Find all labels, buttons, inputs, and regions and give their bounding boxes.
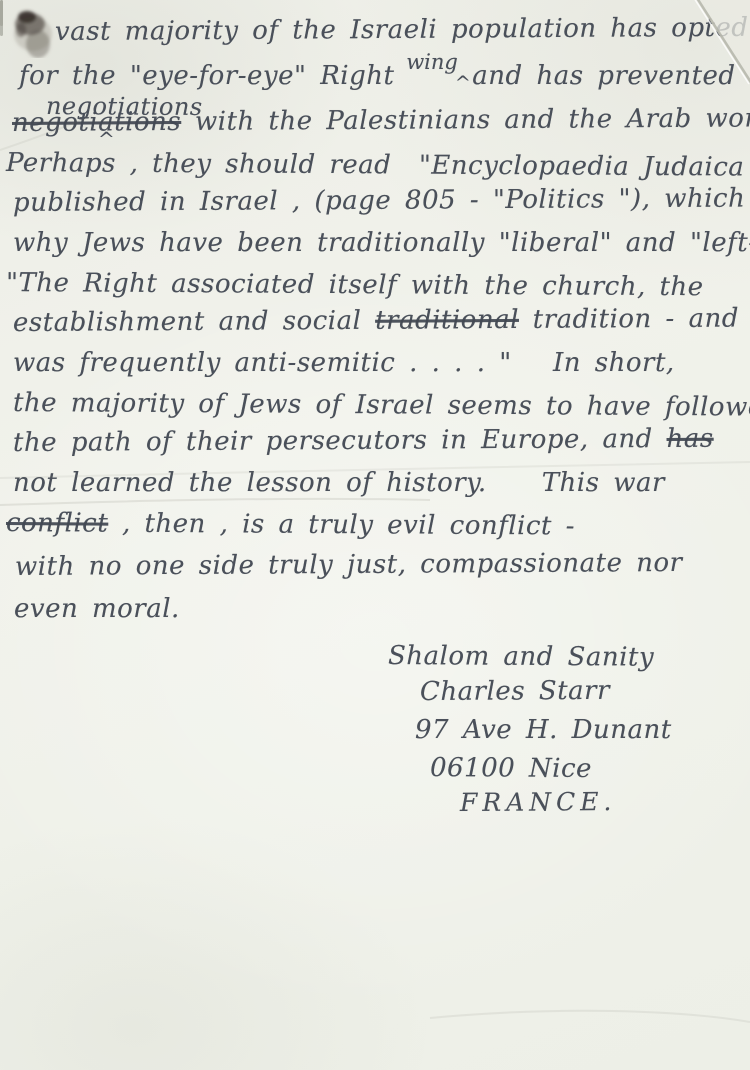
letter-segment: tradition - and [519, 304, 739, 335]
letter-segment: FRANCE. [460, 787, 617, 817]
letter-line-18: Shalom and Sanity [388, 640, 654, 674]
letter-segment: for the "eye-for-eye" Right [19, 61, 408, 91]
letter-segment: Shalom and Sanity [388, 641, 654, 673]
letter-segment: published in Israel , (page 805 - "Polit… [13, 183, 750, 218]
letter-segment: why Jews have been traditionally "libera… [13, 228, 750, 258]
letter-line-20: 97 Ave H. Dunant [415, 714, 672, 747]
letter-segment-strike: negotiations [12, 107, 181, 138]
letter-segment: even moral. [14, 594, 180, 624]
letter-segment: with the Palestinians and the Arab world… [181, 103, 750, 137]
letter-line-8: why Jews have been traditionally "libera… [13, 227, 750, 260]
letter-segment-strike: has [666, 424, 713, 454]
letter-line-11: was frequently anti-semitic . . . . " In… [13, 347, 675, 380]
letter-segment: "The Right associated itself with the ch… [6, 268, 704, 302]
scanned-letter-page: { "page": { "type": "handwritten-letter-… [0, 0, 750, 1070]
letter-segment-above: wing [406, 49, 458, 75]
letter-line-9: "The Right associated itself with the ch… [6, 267, 704, 304]
letter-line-12: the majority of Jews of Israel seems to … [13, 387, 750, 424]
letter-line-16: with no one side truly just, compassiona… [15, 547, 683, 584]
letter-line-21: 06100 Nice [430, 752, 592, 785]
letter-line-17: even moral. [14, 593, 180, 626]
letter-line-13: the path of their persecutors in Europe,… [13, 423, 714, 460]
letter-line-1: vast majority of the Israeli population … [55, 12, 749, 49]
letter-line-4: negotiations with the Palestinians and t… [12, 102, 750, 139]
letter-line-2: for the "eye-for-eye" Right wing^and has… [19, 60, 736, 93]
letter-segment: 06100 Nice [430, 753, 592, 784]
letter-segment-strike: traditional [375, 305, 519, 336]
letter-segment: 97 Ave H. Dunant [415, 715, 672, 745]
letter-line-22: FRANCE. [460, 786, 617, 818]
letter-segment: , then , is a truly evil conflict - [108, 509, 575, 542]
letter-segment: establishment and social [13, 306, 375, 338]
letter-segment-caret: ^ [455, 72, 471, 96]
letter-segment: the path of their persecutors in Europe,… [13, 424, 667, 458]
letter-segment: Perhaps , they should read "Encyclopaedi… [6, 148, 750, 183]
letter-segment: Charles Starr [420, 676, 610, 707]
letter-line-6: Perhaps , they should read "Encyclopaedi… [6, 147, 750, 184]
scan-edge-mark [0, 0, 3, 26]
letter-line-10: establishment and social traditional tra… [13, 303, 739, 340]
letter-segment: and has prevented [472, 61, 735, 91]
letter-line-14: not learned the lesson of history. This … [13, 467, 665, 500]
letter-line-19: Charles Starr [420, 675, 610, 709]
letter-segment: was frequently anti-semitic . . . . " In… [13, 348, 675, 378]
letter-segment: with no one side truly just, compassiona… [15, 548, 683, 582]
letter-body: vast majority of the Israeli population … [0, 0, 750, 1070]
letter-segment: not learned the lesson of history. This … [13, 468, 665, 498]
letter-segment: the majority of Jews of Israel seems to … [13, 388, 750, 423]
letter-segment: vast majority of the Israeli population … [55, 13, 749, 47]
letter-segment-strike: conflict [6, 508, 108, 539]
letter-line-7: published in Israel , (page 805 - "Polit… [13, 182, 750, 220]
letter-line-15: conflict , then , is a truly evil confli… [6, 507, 575, 543]
